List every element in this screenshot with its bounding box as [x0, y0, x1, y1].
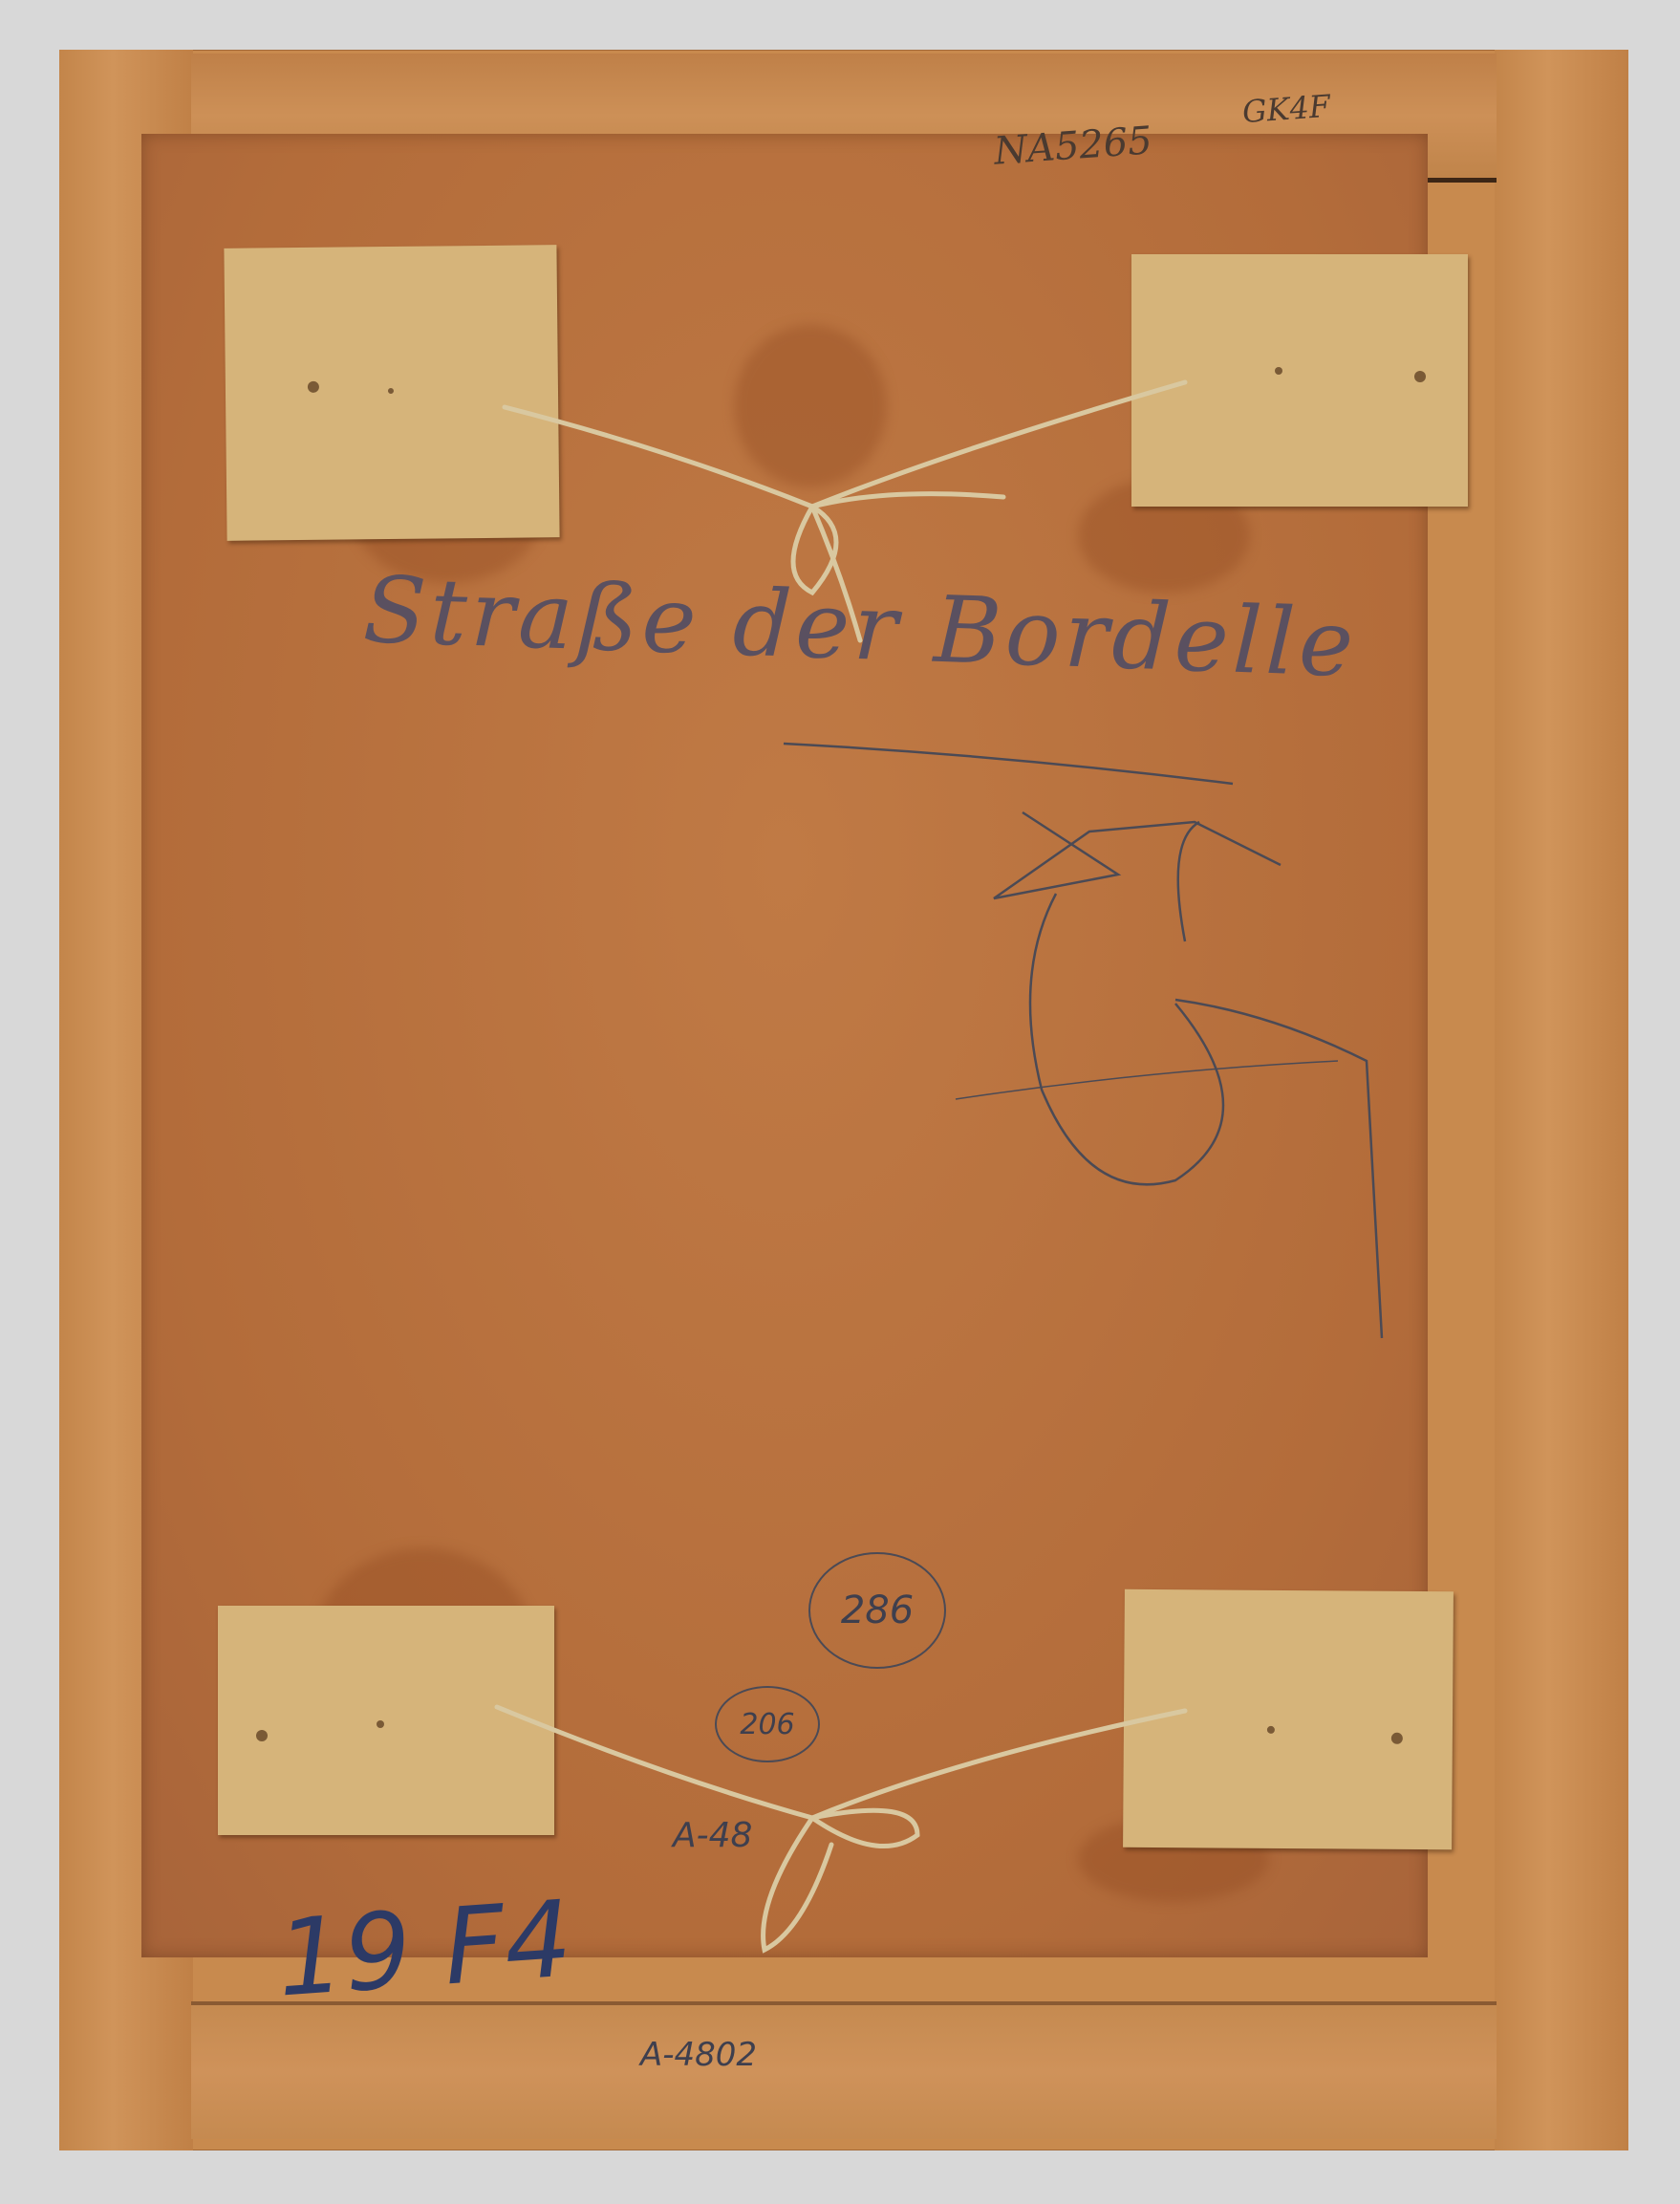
paper-tab-top-left	[224, 245, 559, 541]
water-stain	[734, 325, 887, 487]
blue-crayon-mark: 19 F4	[273, 1877, 575, 2020]
paper-tab-bottom-left	[218, 1606, 554, 1835]
circled-number-286: 286	[808, 1552, 946, 1669]
bottom-rail-label: A-4802	[640, 2036, 757, 2074]
paper-tab-bottom-right	[1123, 1589, 1454, 1849]
paper-tab-top-right	[1131, 254, 1468, 507]
inventory-code: GK4F	[1241, 88, 1331, 130]
circled-number-206: 206	[715, 1686, 820, 1762]
frame-rail-right	[1495, 50, 1628, 2150]
frame-rail-bottom	[191, 2001, 1497, 2139]
board-label-a48: A-48	[673, 1816, 752, 1855]
